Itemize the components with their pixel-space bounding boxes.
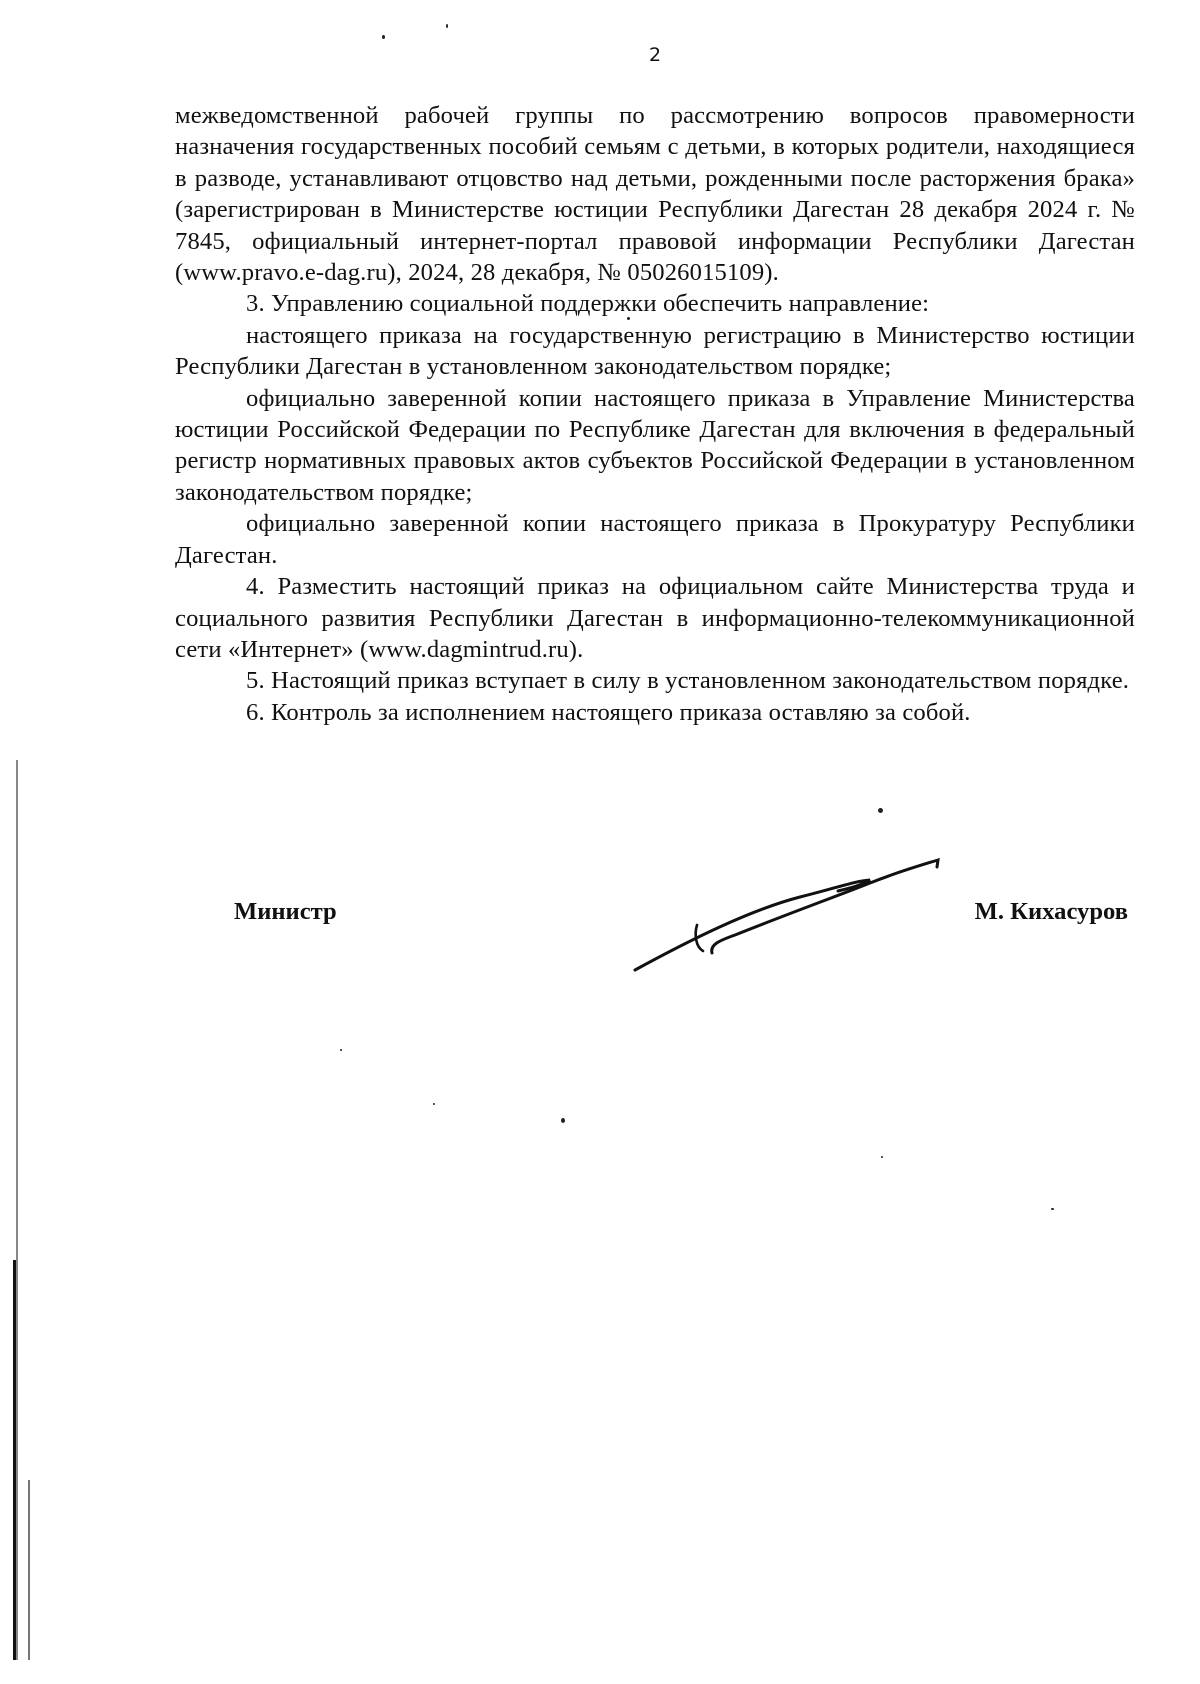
paragraph-item-3-b: официально заверенной копии настоящего п… [175,383,1135,509]
scan-speck [881,1156,883,1158]
scan-speck [627,317,630,320]
scan-speck [433,1103,435,1105]
signatory-title: Министр [234,898,337,926]
paragraph-item-3-c: официально заверенной копии настоящего п… [175,508,1135,571]
paragraph-continuation: межведомственной рабочей группы по рассм… [175,100,1135,288]
paragraph-item-3-a: настоящего приказа на государственную ре… [175,320,1135,383]
scan-margin-line [28,1480,30,1660]
page-number: 2 [640,44,670,66]
scan-speck [340,1049,342,1051]
scan-speck [1051,1208,1054,1210]
scan-margin-line [13,1260,16,1660]
paragraph-item-4: 4. Разместить настоящий приказ на официа… [175,571,1135,665]
scan-speck [382,35,385,39]
paragraph-item-6: 6. Контроль за исполнением настоящего пр… [175,697,1135,728]
paragraph-item-3: 3. Управлению социальной поддержки обесп… [175,288,1135,319]
handwritten-signature-icon [600,855,980,985]
signatory-name: М. Кихасуров [975,898,1128,926]
scan-speck [446,24,448,28]
scan-margin-line [16,760,18,1660]
scan-speck [878,808,883,813]
paragraph-item-5: 5. Настоящий приказ вступает в силу в ус… [175,665,1135,696]
scan-speck [561,1118,565,1123]
document-body: межведомственной рабочей группы по рассм… [175,100,1135,728]
